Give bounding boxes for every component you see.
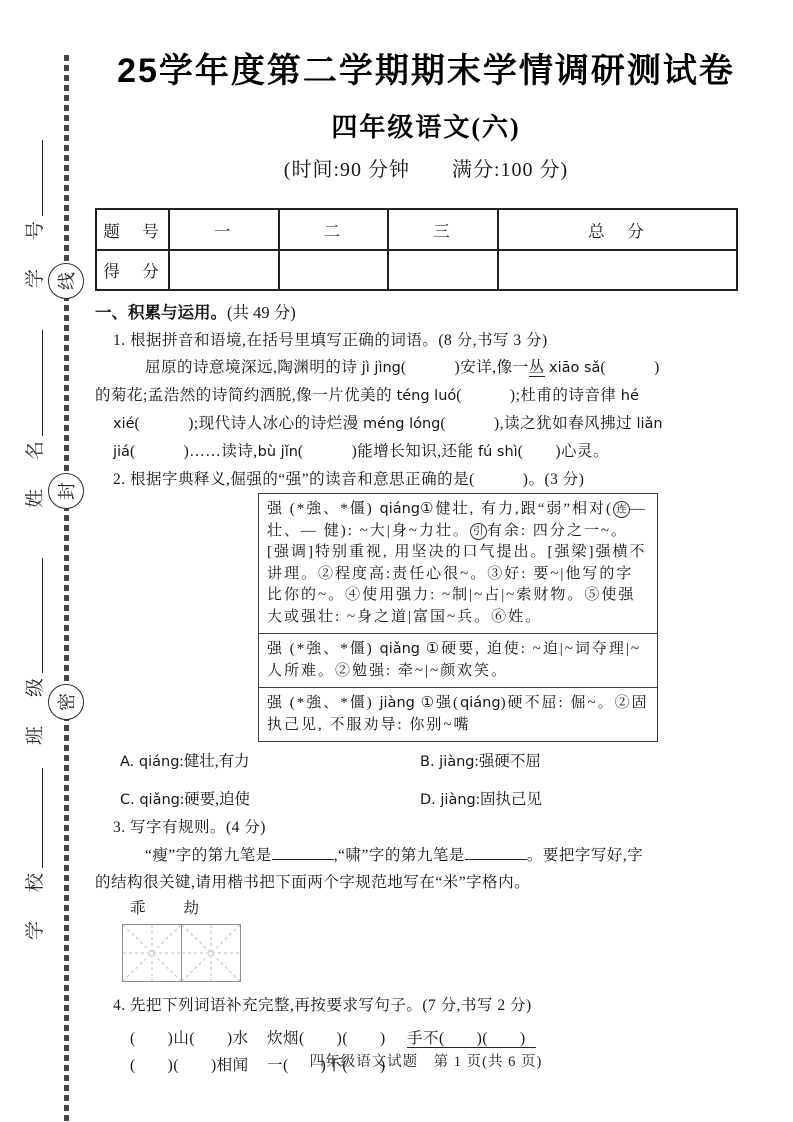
score-cell-empty	[279, 250, 389, 290]
score-header-cell: 三	[388, 209, 498, 250]
seal-field-student-id: 学 号	[13, 140, 53, 288]
dict-entry-jiang4: 强 (*強、*僵) jiàng ①强(qiáng)硬不屈: 倔~。②固执己见, …	[259, 687, 657, 741]
question-4-label: 4. 先把下列词语补充完整,再按要求写句子。(7 分,书写 2 分)	[95, 992, 757, 1019]
seal-circle-mi: 密	[48, 684, 84, 720]
option-c: C. qiǎng:硬要,迫使	[95, 786, 420, 814]
mi-grid-cell	[122, 924, 182, 982]
question-1-label: 1. 根据拼音和语境,在括号里填写正确的词语。(8 分,书写 3 分)	[95, 327, 757, 354]
q3-text-line: “瘦”字的第九笔是,“啸”字的第九笔是。要把字写好,字	[95, 841, 757, 869]
score-row-label: 得 分	[96, 250, 169, 290]
q1-text-line: jiá( )……读诗,bù jǐn( )能增长知识,还能 fú shì( )心灵…	[95, 438, 757, 466]
page-title: 25学年度第二学期期末学情调研测试卷	[95, 48, 757, 94]
exam-page: 25学年度第二学期期末学情调研测试卷 四年级语文(六) (时间:90 分钟 满分…	[95, 48, 757, 1079]
exam-meta: (时间:90 分钟 满分:100 分)	[95, 156, 757, 184]
mi-grid-cell	[181, 924, 241, 982]
page-subtitle: 四年级语文(六)	[95, 110, 757, 146]
seal-char: 线	[53, 272, 79, 290]
mi-grid-lines	[182, 925, 240, 981]
practice-char: 劫	[184, 900, 200, 917]
option-a: A. qiáng:健壮,有力	[95, 748, 420, 776]
score-cell-empty	[498, 250, 737, 290]
seal-char: 封	[53, 482, 79, 500]
seal-circle-feng: 封	[48, 473, 84, 509]
q4-phrase: 炊烟( )( )	[267, 1025, 407, 1052]
mi-grid	[122, 924, 241, 982]
score-cell-empty	[169, 250, 279, 290]
practice-char: 乖	[130, 900, 146, 917]
score-header-cell: 总 分	[498, 209, 737, 250]
section-1-heading: 一、积累与运用。(共 49 分)	[95, 299, 757, 327]
dict-entry-qiang3: 强 (*強、*僵) qiǎng ①硬要, 迫使: ~迫|~词夺理|~人所难。②勉…	[259, 633, 657, 687]
score-header-cell: 一	[169, 209, 279, 250]
q1-text-line: xié( );现代诗人冰心的诗烂漫 méng lóng( ),读之犹如春风拂过 …	[95, 410, 757, 438]
q4-phrase: ( )山( )水	[130, 1025, 267, 1052]
dictionary-box: 强 (*強、*僵) qiáng①健壮, 有力,跟“弱”相对(连— 壮、— 健):…	[258, 493, 658, 742]
seal-field-class: 班 级	[13, 557, 53, 745]
q1-text-line: 的菊花;孟浩然的诗简约洒脱,像一片优美的 téng luó( );杜甫的诗音律 …	[95, 382, 757, 410]
q4-phrase-underlined: 手不( )( )	[407, 1025, 536, 1052]
seal-field-name: 姓 名	[13, 330, 53, 508]
seal-circle-xian: 线	[48, 263, 84, 299]
seal-char: 密	[53, 693, 79, 711]
score-table: 题 号 一 二 三 总 分 得 分	[95, 208, 738, 291]
q3-text-line: 的结构很关键,请用楷书把下面两个字规范地写在“米”字格内。	[95, 869, 757, 896]
question-3-label: 3. 写字有规则。(4 分)	[95, 814, 757, 841]
practice-chars: 乖劫	[95, 898, 757, 920]
page-footer: 四年级语文试题 第 1 页(共 6 页)	[95, 1050, 757, 1071]
score-cell-empty	[388, 250, 498, 290]
score-header-cell: 二	[279, 209, 389, 250]
score-header-cell: 题 号	[96, 209, 169, 250]
mi-grid-lines	[123, 925, 181, 981]
dict-entry-qiang2: 强 (*強、*僵) qiáng①健壮, 有力,跟“弱”相对(连— 壮、— 健):…	[259, 494, 657, 633]
option-b: B. jiàng:强硬不屈	[420, 748, 541, 776]
seal-dashed-line	[64, 55, 69, 1122]
question-2-label: 2. 根据字典释义,倔强的“强”的读音和意思正确的是( )。(3 分)	[95, 466, 757, 493]
seal-field-school: 学 校	[13, 768, 53, 940]
option-d: D. jiàng:固执己见	[420, 786, 542, 814]
q1-text-line: 屈原的诗意境深远,陶渊明的诗 jì jìng( )安详,像一丛 xiāo sǎ(…	[95, 354, 757, 382]
